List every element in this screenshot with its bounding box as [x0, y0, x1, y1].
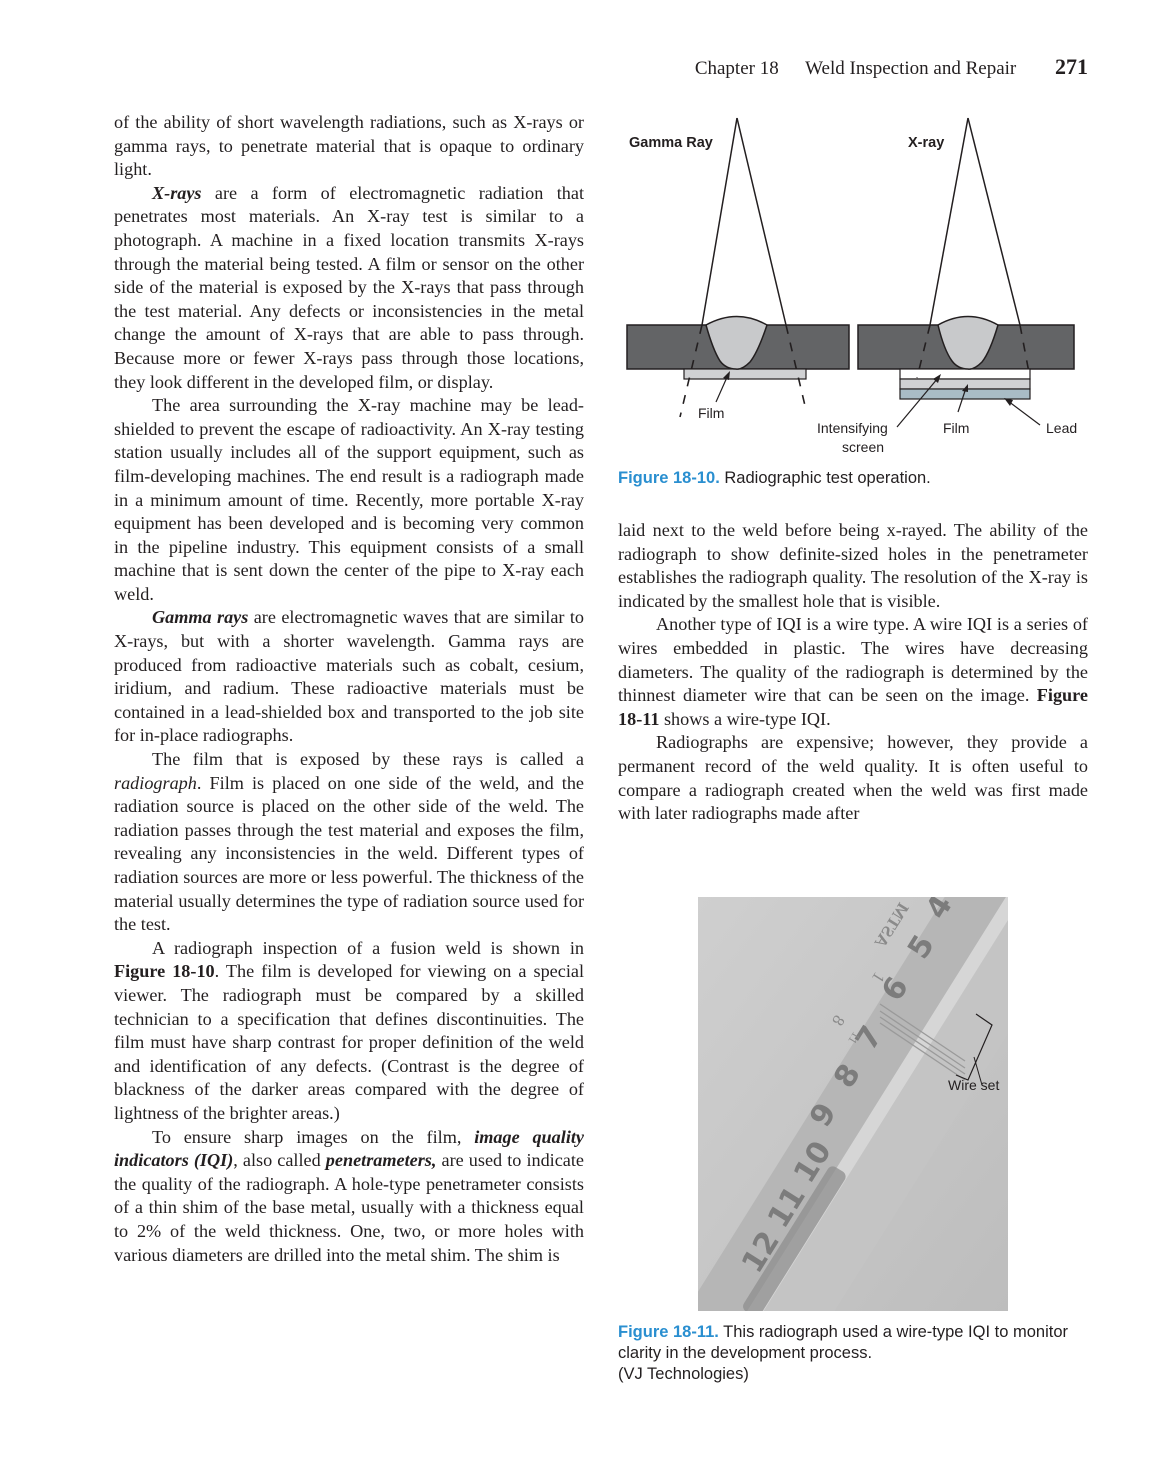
figure-18-10-diagram: Gamma Ray Film X-ray [620, 112, 1090, 457]
film-label-left: Film [698, 405, 724, 421]
paragraph: Gamma rays are electromagnetic waves tha… [114, 606, 584, 748]
paragraph: Radiographs are expensive; however, they… [618, 731, 1088, 825]
paragraph-text: , also called [233, 1150, 326, 1170]
paragraph: of the ability of short wavelength radia… [114, 111, 584, 182]
paragraph-text: A radiograph inspection of a fusion weld… [152, 938, 584, 958]
figure-number: Figure 18-11. [618, 1323, 719, 1341]
paragraph-text: are electromagnetic waves that are simil… [114, 607, 584, 745]
paragraph-text: The film that is exposed by these rays i… [152, 749, 584, 769]
figure-18-11-radiograph: 4 5 6 7 8 9 10 11 12 8 1 ASTM 11 Wire se… [698, 897, 1008, 1311]
chapter-title: Weld Inspection and Repair [805, 58, 1016, 79]
caption-text: Radiographic test operation. [720, 469, 931, 487]
film-label-right: Film [943, 420, 969, 436]
figure-reference: Figure 18-10 [114, 961, 215, 981]
figure-number: Figure 18-10. [618, 469, 720, 487]
paragraph: A radiograph inspection of a fusion weld… [114, 937, 584, 1126]
paragraph: The area surrounding the X-ray machine m… [114, 394, 584, 606]
figure-18-10-caption: Figure 18-10. Radiographic test operatio… [618, 468, 1088, 489]
wire-set-label: Wire set [948, 1077, 999, 1093]
right-column: laid next to the weld before being x-ray… [618, 519, 1088, 826]
paragraph-text: To ensure sharp images on the film, [152, 1127, 474, 1147]
paragraph-text: are a form of electromagnetic radiation … [114, 183, 584, 392]
paragraph: The film that is exposed by these rays i… [114, 748, 584, 937]
gamma-ray-label: Gamma Ray [629, 135, 713, 151]
key-term: penetrameters, [326, 1150, 437, 1170]
paragraph: Another type of IQI is a wire type. A wi… [618, 613, 1088, 731]
page-number: 271 [1055, 54, 1088, 79]
key-term: Gamma rays [152, 607, 248, 627]
xray-panel: X-ray Intensifying screen Film Lead [817, 118, 1077, 455]
intensifying-screen-label: Intensifying [817, 420, 888, 436]
intensifying-screen-label-2: screen [842, 439, 884, 455]
paragraph: To ensure sharp images on the film, imag… [114, 1126, 584, 1268]
running-head: Chapter 18 Weld Inspection and Repair 27… [695, 54, 1088, 80]
paragraph-text: shows a wire-type IQI. [659, 709, 830, 729]
image-credit: (VJ Technologies) [618, 1364, 1088, 1385]
gamma-ray-panel: Gamma Ray Film [627, 118, 849, 421]
italic-term: radiograph [114, 773, 197, 793]
lead-label: Lead [1046, 420, 1077, 436]
xray-label: X-ray [908, 135, 944, 151]
figure-18-11-caption: Figure 18-11. This radiograph used a wir… [618, 1322, 1088, 1385]
key-term: X-rays [152, 183, 202, 203]
paragraph: X-rays are a form of electromagnetic rad… [114, 182, 584, 394]
paragraph-text: . Film is placed on one side of the weld… [114, 773, 584, 935]
paragraph: laid next to the weld before being x-ray… [618, 519, 1088, 613]
paragraph-text: . The film is developed for viewing on a… [114, 961, 584, 1123]
left-column: of the ability of short wavelength radia… [114, 111, 584, 1267]
chapter-number: Chapter 18 [695, 58, 779, 79]
paragraph-text: Another type of IQI is a wire type. A wi… [618, 614, 1088, 705]
